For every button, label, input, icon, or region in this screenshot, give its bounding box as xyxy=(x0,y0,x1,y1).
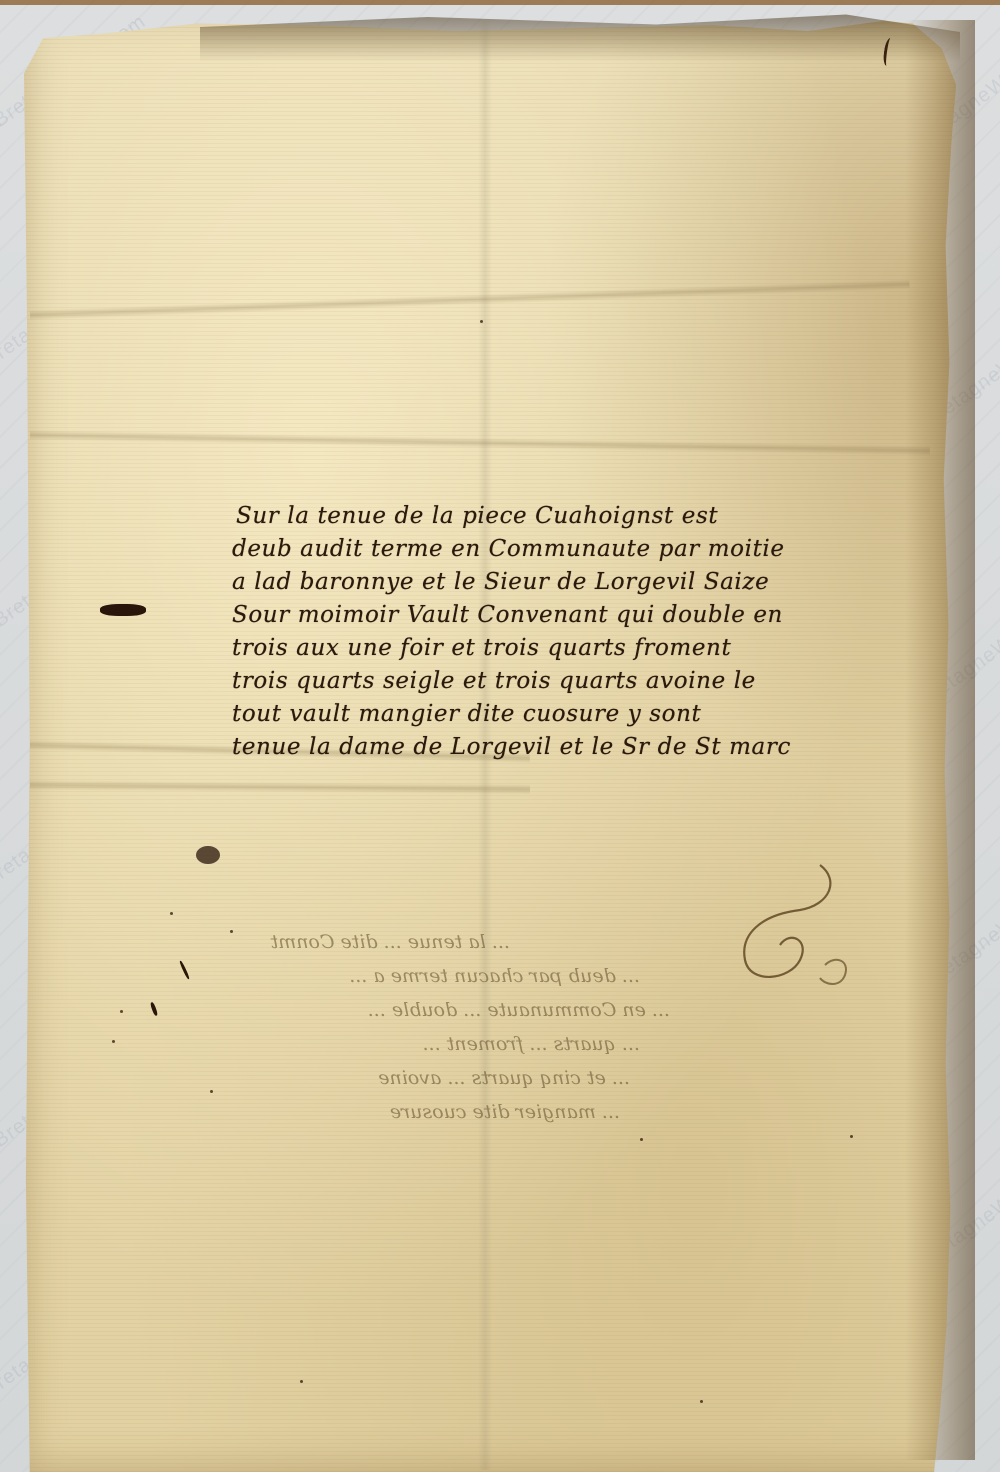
ink-blot xyxy=(196,846,220,864)
manuscript-line: Sur la tenue de la piece Cuahoignst est xyxy=(232,500,972,533)
manuscript-line: trois aux une foir et trois quarts frome… xyxy=(232,632,972,665)
paper-speck xyxy=(480,320,483,323)
paper-speck xyxy=(120,1010,123,1013)
verso-show-through: ... la tenue ... dite Conmt ... deub par… xyxy=(150,925,790,1129)
paper-speck xyxy=(700,1400,703,1403)
paper-speck xyxy=(210,1090,213,1093)
paper-speck xyxy=(230,930,233,933)
verso-line: ... mangier dite cuosure xyxy=(150,1095,790,1129)
verso-line: ... quarts ... froment ... xyxy=(150,1027,790,1061)
verso-line: ... la tenue ... dite Conmt xyxy=(150,925,790,959)
manuscript-line: a lad baronnye et le Sieur de Lorgevil S… xyxy=(232,566,972,599)
manuscript-line: trois quarts seigle et trois quarts avoi… xyxy=(232,665,972,698)
verso-line: ... en Communaute ... double ... xyxy=(150,993,790,1027)
manuscript-line: deub audit terme en Communaute par moiti… xyxy=(232,533,972,566)
paper-speck xyxy=(850,1135,853,1138)
manuscript-line: tenue la dame de Lorgevil et le Sr de St… xyxy=(232,731,972,764)
verso-line: ... et cinq quarts ... avoine xyxy=(150,1061,790,1095)
manuscript-text: Sur la tenue de la piece Cuahoignst est … xyxy=(232,500,972,764)
paper-speck xyxy=(640,1138,643,1141)
paper-speck xyxy=(112,1040,115,1043)
paper-speck xyxy=(300,1380,303,1383)
ink-blot xyxy=(100,604,146,616)
paper-speck xyxy=(170,912,173,915)
scan-frame-edge xyxy=(0,0,1000,5)
manuscript-line: Sour moimoir Vault Convenant qui double … xyxy=(232,599,972,632)
verso-line: ... deub par chacun terme a ... xyxy=(150,959,790,993)
manuscript-line: tout vault mangier dite cuosure y sont xyxy=(232,698,972,731)
